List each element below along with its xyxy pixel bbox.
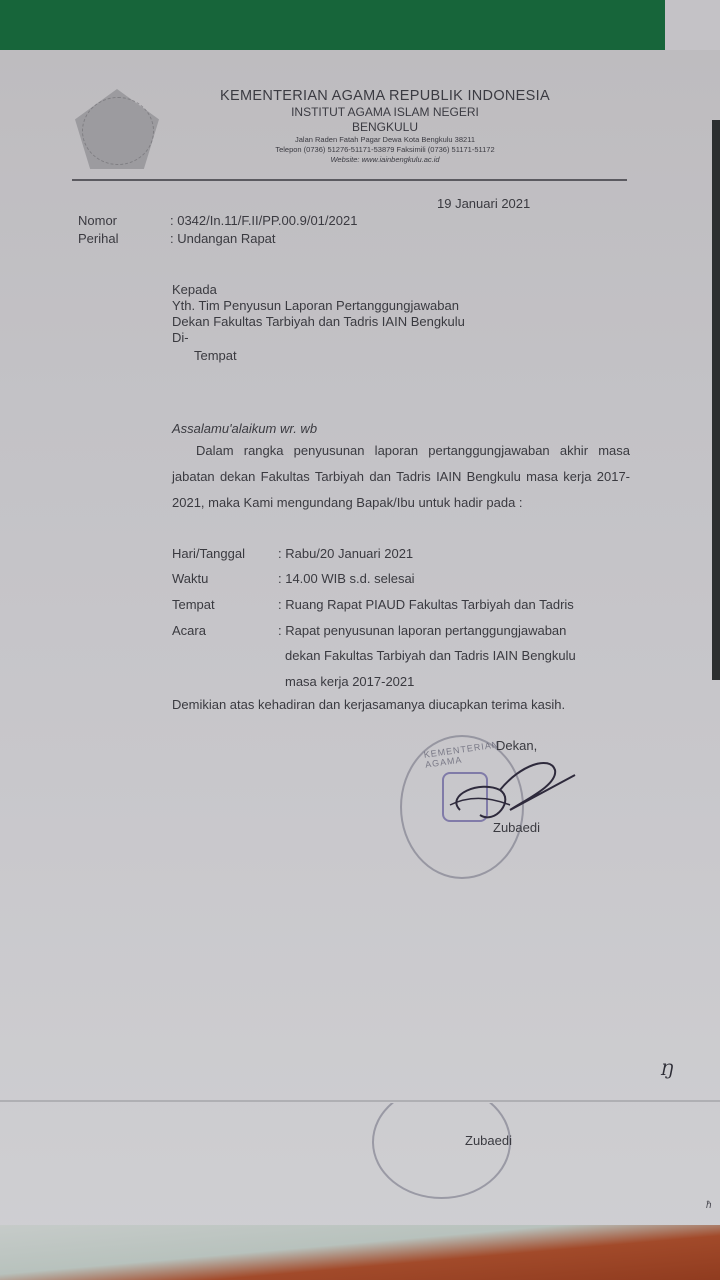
detail-value-continuation: dekan Fakultas Tarbiyah dan Tadris IAIN … [285, 643, 576, 669]
greeting: Assalamu'alaikum wr. wb [172, 421, 317, 436]
recipient-line: Yth. Tim Penyusun Laporan Pertanggungjaw… [172, 298, 465, 314]
city-name: BENGKULU [150, 120, 620, 135]
second-page-edge [0, 1100, 720, 1102]
recipient-block: Kepada Yth. Tim Penyusun Laporan Pertang… [172, 282, 465, 364]
signatory-name: Zubaedi [493, 820, 540, 835]
ministry-name: KEMENTERIAN AGAMA REPUBLIK INDONESIA [150, 87, 620, 105]
detail-label: Acara [172, 618, 206, 644]
phone-fax: Telepon (0736) 51276-51171-53879 Faksimi… [150, 145, 620, 155]
subject-value: : Undangan Rapat [170, 231, 276, 246]
closing-sentence: Demikian atas kehadiran dan kerjasamanya… [172, 692, 565, 718]
recipient-line: Dekan Fakultas Tarbiyah dan Tadris IAIN … [172, 314, 465, 330]
detail-value: : Rabu/20 Januari 2021 [278, 541, 413, 567]
desk-surface [0, 1225, 720, 1280]
detail-value: : Rapat penyusunan laporan pertanggungja… [278, 618, 566, 644]
recipient-line: Di- [172, 330, 465, 346]
address: Jalan Raden Fatah Pagar Dewa Kota Bengku… [150, 135, 620, 145]
logo-ring [82, 97, 154, 165]
handwritten-initial-small: ħ [706, 1200, 712, 1211]
website: Website: www.iainbengkulu.ac.id [150, 155, 620, 165]
signatory-title: Dekan, [496, 738, 537, 753]
detail-value: : Ruang Rapat PIAUD Fakultas Tarbiyah da… [278, 592, 574, 618]
detail-label: Hari/Tanggal [172, 541, 245, 567]
second-page-signatory-name: Zubaedi [465, 1133, 512, 1148]
subject-label: Perihal [78, 231, 118, 246]
handwritten-initial: Ŋ [660, 1060, 673, 1079]
detail-label: Tempat [172, 592, 215, 618]
institute-name: INSTITUT AGAMA ISLAM NEGERI [150, 105, 620, 120]
green-folder-background [0, 0, 690, 50]
number-label: Nomor [78, 213, 117, 228]
recipient-line: Tempat [172, 348, 465, 364]
detail-value: : 14.00 WIB s.d. selesai [278, 566, 415, 592]
letter-date: 19 Januari 2021 [437, 196, 530, 211]
letterhead-divider [72, 179, 627, 181]
body-paragraph: Dalam rangka penyusunan laporan pertangg… [172, 438, 630, 516]
recipient-line: Kepada [172, 282, 465, 298]
detail-label: Waktu [172, 566, 208, 592]
letterhead: KEMENTERIAN AGAMA REPUBLIK INDONESIA INS… [60, 85, 630, 185]
number-value: : 0342/In.11/F.II/PP.00.9/01/2021 [170, 213, 357, 228]
paper-edge-shadow [712, 120, 720, 680]
